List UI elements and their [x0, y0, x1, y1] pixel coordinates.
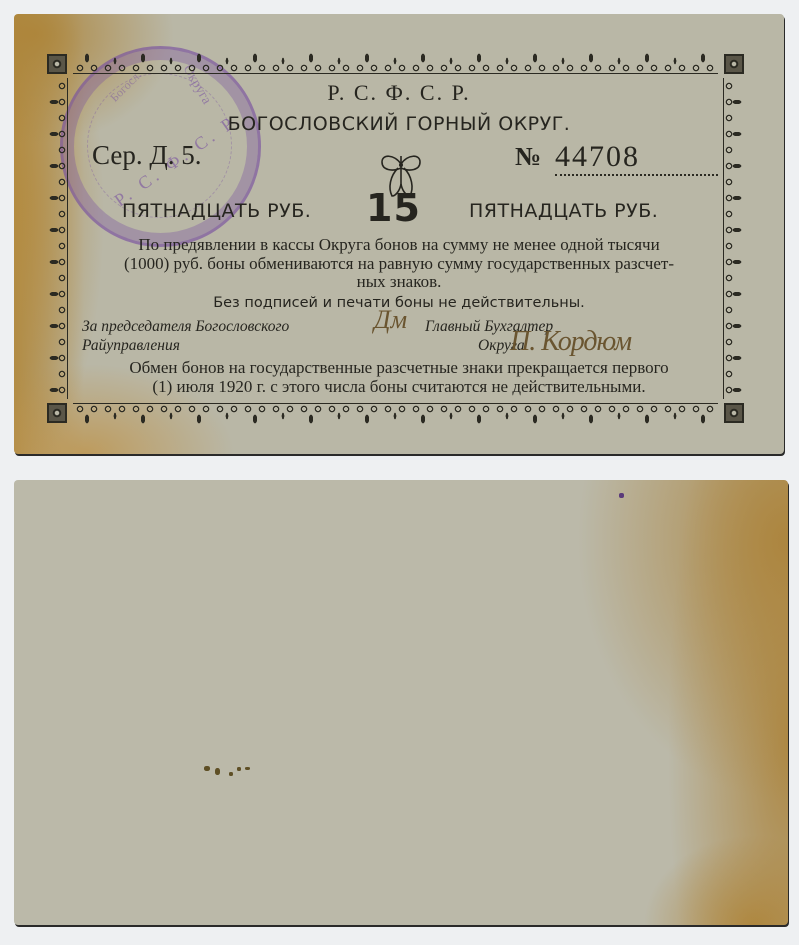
- exchange-text-line: По предявлении в кассы Округа бонов на с…: [14, 235, 784, 255]
- paper-speck: [619, 493, 624, 498]
- header-district: БОГОСЛОВСКИЙ ГОРНЫЙ ОКРУГ.: [14, 113, 784, 135]
- ornament-bottom-icon: [73, 401, 718, 425]
- amount-text-right: ПЯТНАДЦАТЬ РУБ.: [469, 200, 658, 222]
- corner-rosette-icon: [47, 54, 67, 74]
- corner-rosette-icon: [47, 403, 67, 423]
- signatory-left-title: За председателя Богословского: [82, 318, 289, 336]
- amount-numeral: 15: [366, 186, 421, 230]
- series-label: Сер. Д. 5.: [92, 140, 202, 171]
- paper-speck: [237, 767, 241, 771]
- paper-speck: [215, 768, 220, 775]
- ornament-top-icon: [73, 52, 718, 76]
- signatory-left-title: Райуправления: [82, 337, 180, 355]
- header-rsfsr: Р. С. Ф. С. Р.: [14, 80, 784, 106]
- paper-speck: [229, 772, 233, 776]
- paper-speck: [245, 767, 250, 770]
- serial-dotted-line: [555, 174, 718, 176]
- paper-speck: [204, 766, 210, 771]
- banknote-front: Р. С. Ф. С. Р. Округа Богосл. Р. С. Ф. С…: [14, 14, 784, 454]
- expiry-text-line: Обмен бонов на государственные разсчетны…: [14, 358, 784, 378]
- exchange-text-line: (1000) руб. боны обмениваются на равную …: [14, 254, 784, 274]
- exchange-text-line: ных знаков.: [14, 272, 784, 292]
- serial-number: 44708: [555, 140, 640, 174]
- corner-rosette-icon: [724, 54, 744, 74]
- amount-text-left: ПЯТНАДЦАТЬ РУБ.: [122, 200, 311, 222]
- corner-rosette-icon: [724, 403, 744, 423]
- handwritten-signature: П. Кордюм: [510, 326, 631, 358]
- expiry-text-line: (1) июля 1920 г. с этого числа боны счит…: [14, 377, 784, 397]
- number-sign: №: [515, 142, 541, 172]
- handwritten-signature: Дм: [374, 305, 407, 335]
- banknote-back: [14, 480, 788, 925]
